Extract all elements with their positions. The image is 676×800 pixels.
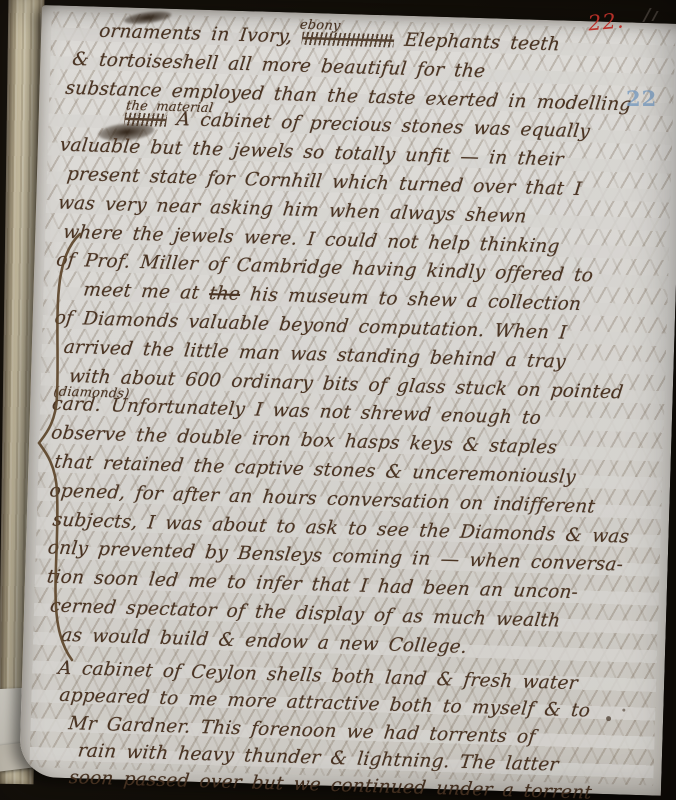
handwriting-text: as would build & endow a new College. [60, 625, 468, 658]
manuscript-line: ornaments in Ivory, ebony Elephants teet… [98, 21, 561, 56]
folio-number-blue-stamp: 22 [626, 86, 657, 111]
pencil-mark [646, 8, 660, 24]
handwriting-text: A cabinet of precious stones was equally [165, 109, 591, 142]
folio-number-red: 22. [587, 8, 625, 35]
manuscript-text: ornaments in Ivory, ebony Elephants teet… [19, 5, 676, 796]
manuscript-scan: ornaments in Ivory, ebony Elephants teet… [0, 0, 676, 800]
handwriting-text: his museum to shew a collection [239, 284, 583, 315]
handwriting-insert_prev: ebony [299, 18, 301, 33]
handwriting-scribble_sm [124, 113, 168, 127]
manuscript-line: as would build & endow a new College. [60, 625, 468, 658]
manuscript-line: the material A cabinet of precious stone… [123, 108, 591, 143]
manuscript-page: ornaments in Ivory, ebony Elephants teet… [19, 5, 676, 796]
margin-brace-icon [34, 230, 90, 664]
handwriting-text: & tortoiseshell all more beautiful for t… [71, 49, 486, 82]
manuscript-line: was very near asking him when always she… [57, 192, 528, 227]
handwriting-text: was very near asking him when always she… [57, 192, 528, 227]
manuscript-line: & tortoiseshell all more beautiful for t… [71, 49, 486, 82]
handwriting-text: Elephants teeth [393, 30, 561, 56]
handwriting-scribble [302, 32, 395, 48]
handwriting-text: meet me at [82, 280, 210, 305]
handwriting-struck: the [208, 283, 241, 305]
handwriting-text: ornaments in Ivory, [98, 21, 304, 48]
